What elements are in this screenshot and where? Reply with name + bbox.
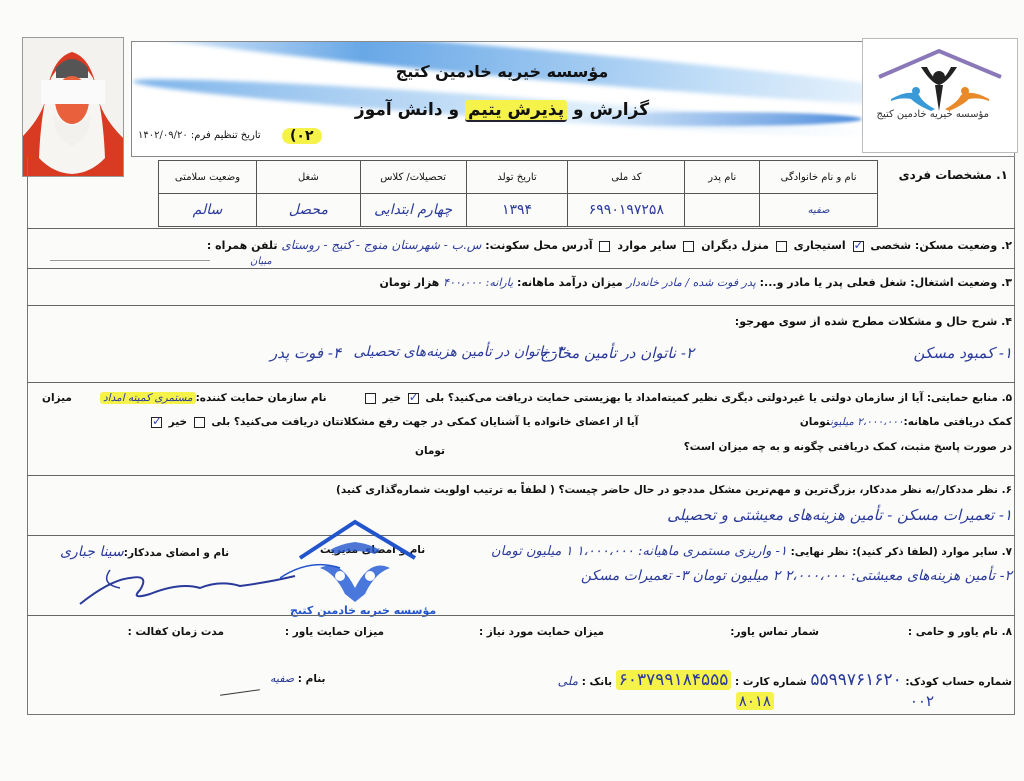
form-date: تاریخ تنظیم فرم: ۱۴۰۲/۰۹/۲۰ [138,130,261,141]
bank-value: ملی [558,674,578,688]
health-status-value: سالم [159,194,257,227]
family-help-no-checkbox[interactable] [151,417,162,428]
final-opinion-line1: ۱- واریزی مستمری ماهیانه: ۱،۰۰۰،۰۰۰ ۱ می… [491,544,787,559]
col-header: وضعیت سلامتی [159,161,257,194]
form-number-badge: ۰۲) [282,128,322,144]
section1-label: ۱. مشخصات فردی [899,168,1008,182]
col-header: نام و نام خانوادگی [760,161,878,194]
sponsor-contact-label: شمار تماس یاور: [730,626,819,638]
address-value: س.ب - شهرستان منوج - کتیج - روستای [281,238,481,252]
form-title-highlight: پذیرش یتیم [465,100,567,122]
applicant-photo [22,37,124,177]
section6-label: ۶. نظر مددکار/به نظر مددکار، بزرگ‌ترین و… [336,484,1012,496]
q3-unit: تومان [415,445,445,457]
needed-support-label: میزان حمایت مورد نیاز : [479,626,604,638]
monthly-support: کمک دریافتی ماهانه:۲،۰۰۰،۰۰۰ میلیونتومان [800,416,1012,428]
card-number-value: ۶۰۳۷۹۹۱۸۴۵۵۵ [616,670,732,690]
section3-row: ۳. وضعیت اشتغال: شغل فعلی پدر یا مادر و.… [380,276,1012,289]
worker-signature: نام و امضای مددکار:سینا جباری [60,544,229,560]
income-value: یارانه: ۴۰۰،۰۰۰ [443,276,513,289]
section5-q3: در صورت پاسخ مثبت، کمک دریافتی چگونه و ب… [684,441,1012,453]
org-name: مؤسسه خیریه خادمین کتیج [132,62,872,81]
section5-q1: ۵. منابع حمایتی: آیا از سازمان دولتی یا … [362,392,1012,404]
problem-item-4: ۴- فوت پدر [270,344,341,362]
support-org: نام سازمان حمایت کننده:مستمری کمیته امدا… [100,392,327,404]
final-opinion-line2: ۲- تأمین هزینه‌های معیشتی: ۲،۰۰۰،۰۰۰ ۲ م… [581,568,1012,584]
col-header: نام پدر [685,161,760,194]
education-value: چهارم ابتدایی [360,194,466,227]
support-no-checkbox[interactable] [365,393,376,404]
guarantee-duration-label: مدت زمان کفالت : [128,626,224,638]
section2-row: ۲. وضعیت مسکن: شخصی استیجاری منزل دیگران… [207,238,1012,252]
worker-name: سینا جباری [60,544,124,560]
family-help-yes-checkbox[interactable] [194,417,205,428]
account-holder: بنام : صفیه [270,672,326,685]
housing-personal-checkbox[interactable] [853,241,864,252]
stamp-icon [280,518,430,618]
amount-label: میزان [42,392,72,404]
address-value-line2: مبیان [250,256,272,267]
org-stamp: مؤسسه خیریه خادمین کتیج [280,518,430,618]
name-value: صفیه [760,194,878,227]
org-logo: مؤسسه خیریه خادمین کتیج [862,38,1018,153]
housing-rental-checkbox[interactable] [776,241,787,252]
charity-logo-icon [861,39,1017,154]
birth-date-value: ۱۳۹۴ [466,194,568,227]
section6-answer: ۱- تعمیرات مسکن - تأمین هزینه‌های معیشتی… [667,506,1012,524]
section7-row1: ۷. سایر موارد (لطفا ذکر کنید): نظر نهایی… [491,544,1012,559]
signature-icon [70,560,300,610]
table-header-row: نام و نام خانوادگی نام پدر کد ملی تاریخ … [159,161,878,194]
phone-input-line [50,260,210,261]
father-name-value [685,194,760,227]
scanned-form-page: مؤسسه خیریه خادمین کتیج گزارش و پذیرش یت… [0,0,1024,781]
parent-job-value: پدر فوت شده / مادر خانه‌دار [627,276,756,289]
col-header: شغل [256,161,360,194]
col-header: کد ملی [568,161,685,194]
account-row: شماره حساب کودک: ۵۵۹۹۷۶۱۶۲۰ شماره کارت :… [558,670,1012,690]
col-header: تاریخ تولد [466,161,568,194]
occupation-value: محصل [256,194,360,227]
housing-other-cases-checkbox[interactable] [599,241,610,252]
table-row: صفیه ۶۹۹۰۱۹۷۲۵۸ ۱۳۹۴ چهارم ابتدایی محصل … [159,194,878,227]
monthly-support-value: ۲،۰۰۰،۰۰۰ میلیون [830,416,903,428]
sponsor-name-label: ۸. نام یاور و حامی : [908,626,1012,638]
account-holder-value: صفیه [270,672,294,685]
card-number-line2: ۸۰۱۸ [736,692,774,710]
section4-label: ۴. شرح حال و مشکلات مطرح شده از سوی مهرج… [735,315,1012,328]
housing-others-checkbox[interactable] [683,241,694,252]
problem-item-1: ۱- کمبود مسکن [913,344,1012,362]
logo-caption: مؤسسه خیریه خادمین کتیج [877,109,990,120]
sponsor-support-label: میزان حمایت یاور : [285,626,384,638]
form-title: گزارش و پذیرش یتیم و دانش آموز [132,100,872,120]
personal-info-table: نام و نام خانوادگی نام پدر کد ملی تاریخ … [158,160,878,227]
account-number-value: ۵۵۹۹۷۶۱۶۲۰ [810,670,901,690]
col-header: تحصیلات/ کلاس [360,161,466,194]
support-yes-checkbox[interactable] [408,393,419,404]
account-number-line2: ۰۰۲ [910,692,934,710]
section5-q2: آیا از اعضای خانواده یا آشنایان کمکی در … [148,416,638,428]
support-org-value: مستمری کمیته امداد [100,392,196,404]
national-id-value: ۶۹۹۰۱۹۷۲۵۸ [568,194,685,227]
problem-item-3: ۳- ناتوان در تأمین هزینه‌های تحصیلی [354,344,564,360]
